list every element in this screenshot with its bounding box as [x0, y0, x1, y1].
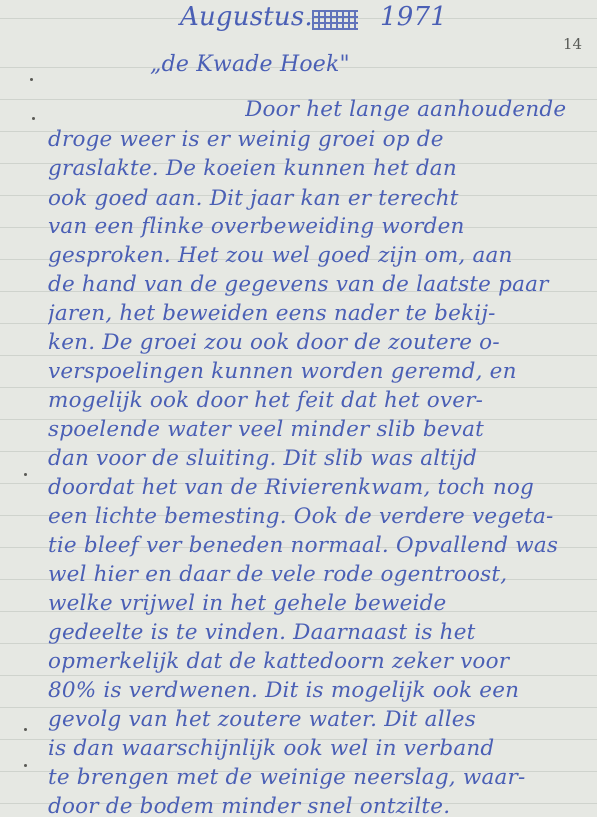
- body-line: welke vrijwel in het gehele beweide: [48, 591, 593, 616]
- body-line: graslakte. De koeien kunnen het dan: [48, 156, 593, 181]
- body-line: mogelijk ook door het feit dat het over-: [48, 388, 593, 413]
- body-line: door de bodem minder snel ontzilte.: [48, 794, 593, 817]
- page-number: 14: [563, 35, 582, 53]
- notebook-page: 14 Augustus. 1971 „de Kwade Hoek" Door h…: [0, 0, 597, 817]
- paper-speck: [24, 764, 27, 767]
- paper-speck: [24, 473, 27, 476]
- body-line: de hand van de gegevens van de laatste p…: [48, 272, 593, 297]
- body-line: gevolg van het zoutere water. Dit alles: [48, 707, 593, 732]
- body-line: van een flinke overbeweiding worden: [48, 214, 593, 239]
- body-line: te brengen met de weinige neerslag, waar…: [48, 765, 593, 790]
- body-line: een lichte bemesting. Ook de verdere veg…: [48, 504, 593, 529]
- strikethrough-scribble: [312, 10, 358, 30]
- body-line: ook goed aan. Dit jaar kan er terecht: [48, 186, 593, 211]
- body-line: wel hier en daar de vele rode ogentroost…: [48, 562, 593, 587]
- body-line: droge weer is er weinig groei op de: [48, 127, 593, 152]
- body-line: doordat het van de Rivierenkwam, toch no…: [48, 475, 593, 500]
- body-line: Door het lange aanhoudende: [245, 97, 597, 122]
- header-month: Augustus.: [180, 2, 313, 32]
- body-line: 80% is verdwenen. Dit is mogelijk ook ee…: [48, 678, 593, 703]
- body-line: gesproken. Het zou wel goed zijn om, aan: [48, 243, 593, 268]
- body-line: tie bleef ver beneden normaal. Opvallend…: [48, 533, 593, 558]
- body-line: jaren, het beweiden eens nader te bekij-: [48, 301, 593, 326]
- struck-out-word: [312, 2, 358, 36]
- body-line: opmerkelijk dat de kattedoorn zeker voor: [48, 649, 593, 674]
- paper-speck: [24, 728, 27, 731]
- header-year: 1971: [380, 2, 447, 32]
- body-line: gedeelte is te vinden. Daarnaast is het: [48, 620, 593, 645]
- body-line: verspoelingen kunnen worden geremd, en: [48, 359, 593, 384]
- body-line: ken. De groei zou ook door de zoutere o-: [48, 330, 593, 355]
- body-line: is dan waarschijnlijk ook wel in verband: [48, 736, 593, 761]
- entry-title: „de Kwade Hoek": [150, 52, 350, 77]
- body-line: spoelende water veel minder slib bevat: [48, 417, 593, 442]
- paper-speck: [32, 117, 35, 120]
- body-line: dan voor de sluiting. Dit slib was altij…: [48, 446, 593, 471]
- paper-speck: [30, 78, 33, 81]
